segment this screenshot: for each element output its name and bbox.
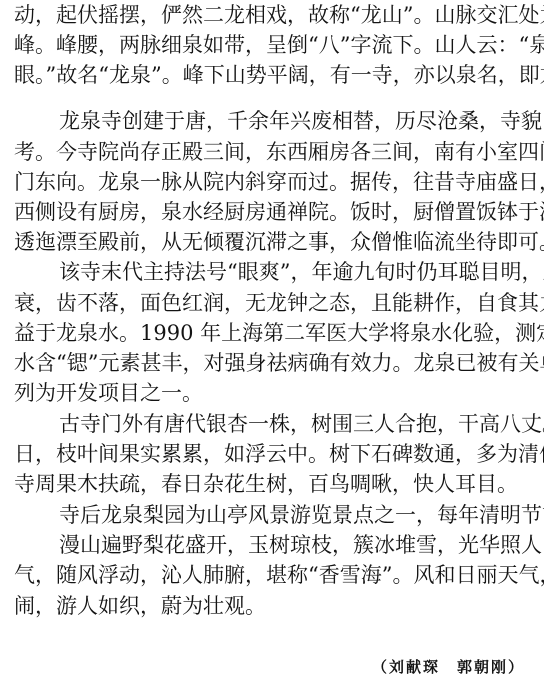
text-line: 西侧设有厨房，泉水经厨房通禅院。饭时，厨僧置饭钵于流上， — [14, 197, 530, 227]
text-line: 日，枝叶间果实累累，如浮云中。树下石碑数通，多为清代所立。 — [14, 439, 530, 469]
paragraph-start-line: 漫山遍野梨花盛开，玉树琼枝，簇冰堆雪，光华照人；馥勃香 — [59, 530, 530, 560]
text-line: 列为开发项目之一。 — [14, 378, 530, 408]
paragraph-start-line: 龙泉寺创建于唐，千余年兴废相替，历尽沧桑，寺貌旧观难 — [59, 106, 530, 136]
text-line: 益于龙泉水。1990 年上海第二军医大学将泉水化验，测定龙泉 — [14, 318, 530, 348]
text-line: 透迤漂至殿前，从无倾覆沉滞之事，众僧惟临流坐待即可。 — [14, 227, 530, 257]
paragraph-start-line: 该寺末代主持法号“眼爽”，年逾九旬时仍耳聪目明，发不 — [59, 257, 530, 287]
text-line: 闹，游人如织，蔚为壮观。 — [14, 591, 530, 621]
paragraph-start-line: 古寺门外有唐代银杏一株，树围三人合抱，干高八丈。夏 — [59, 409, 530, 439]
text-line: 峰。峰腰，两脉细泉如带，呈倒“八”字流下。山人云：“泉眼即龙 — [14, 30, 530, 60]
text-line: 寺周果木扶疏，春日杂花生树，百鸟啁啾，快人耳目。 — [14, 469, 530, 499]
document-page: 动，起伏摇摆，俨然二龙相戏，故称“龙山”。山脉交汇处为一高 峰。峰腰，两脉细泉如… — [0, 0, 544, 689]
text-line: 眼。”故名“龙泉”。峰下山势平阔，有一寺，亦以泉名，即龙泉寺。 — [14, 60, 530, 90]
paragraph-start-line: 寺后龙泉梨园为山亭风景游览景点之一，每年清明节前后， — [59, 500, 530, 530]
text-line: 动，起伏摇摆，俨然二龙相戏，故称“龙山”。山脉交汇处为一高 — [14, 0, 530, 30]
text-line: 门东向。龙泉一脉从院内斜穿而过。据传，往昔寺庙盛日，寺院 — [14, 167, 530, 197]
text-line: 水含“锶”元素甚丰，对强身祛病确有效力。龙泉已被有关单位 — [14, 348, 530, 378]
text-line: 考。今寺院尚存正殿三间，东西厢房各三间，南有小室四间，院 — [14, 137, 530, 167]
author-signature: （刘献琛 郭朝刚） — [372, 656, 525, 678]
text-line: 衰，齿不落，面色红润，无龙钟之态，且能耕作，自食其力，或云得 — [14, 288, 530, 318]
text-line: 气，随风浮动，沁人肺腑，堪称“香雪海”。风和日丽天气，蜂喧蝶 — [14, 560, 530, 590]
